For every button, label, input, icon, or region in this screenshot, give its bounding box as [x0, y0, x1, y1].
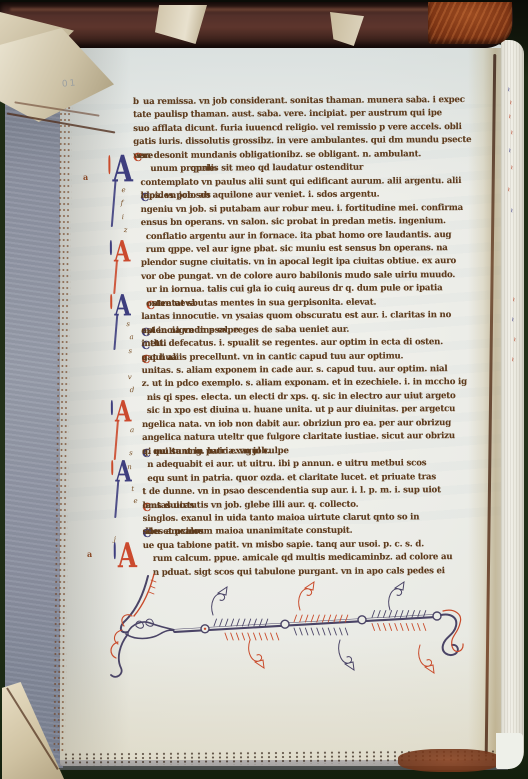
fore-edge-ink-fleck: ~ — [505, 87, 512, 92]
text-segment: vor obe pungat. vn de colore auro babilo… — [141, 270, 455, 282]
margin-letter: a — [83, 172, 88, 182]
initial-filigree — [114, 542, 116, 559]
text-segment: plendor sugne ciuitatis. vn in apocal le… — [141, 256, 456, 268]
text-segment: est in nigredine expe — [141, 325, 238, 336]
text-segment: sdes amcalos — [143, 527, 204, 537]
fore-edge-ink-fleck: ~ — [506, 114, 513, 119]
fore-edge-ink-fleck: ~ — [506, 148, 513, 153]
text-segment: singlos. exanul in uida tanto maioa uirt… — [143, 512, 420, 524]
initial-filigree — [110, 294, 112, 309]
text-segment: ontre ueva — [146, 298, 195, 308]
guide-letter: f — [121, 199, 124, 207]
margin-letter: a — [87, 549, 92, 559]
fore-edge-ink-fleck: ~ — [508, 165, 515, 170]
fore-edge-ink-fleck: ~ — [509, 357, 516, 362]
guide-letter: z — [124, 226, 128, 234]
guide-letter: t — [131, 485, 134, 493]
guide-letter: i — [122, 213, 124, 221]
text-segment: suo afflata dicunt. furia iuuencd religi… — [133, 122, 462, 134]
text-segment: ensus bn operans. vn salon. sic probat i… — [141, 216, 446, 228]
penwork-flourish — [88, 568, 488, 708]
text-segment: contemplato vn paulus alii sunt qui edif… — [140, 176, 461, 188]
text-segment: conflatio argentu aur in fornace. ita pb… — [146, 230, 452, 242]
guide-letter: v — [128, 373, 132, 381]
text-segment: i. thi. defecatus. i. spualit se regente… — [141, 337, 443, 349]
text-segment: z. ut in pdco exemplo. s. aliam exponam.… — [142, 377, 467, 389]
text-segment: ur in iornua. talis cui gla io cuiq aure… — [146, 283, 442, 295]
guide-letter: j — [114, 535, 116, 543]
text-segment: ngelica nata. vn iob non dabit aur. obri… — [142, 418, 451, 430]
fore-edge-ink-fleck: ~ — [509, 317, 516, 322]
text-segment: lantas innocutie. vn ysaias quom obscura… — [141, 310, 451, 322]
text-segment: unitas. s. aliam exponem in cade aur. s.… — [142, 364, 448, 376]
text-segment: sic in xpo est diuina u. huane unita. ut… — [147, 404, 455, 416]
illuminated-initial: A — [114, 291, 133, 315]
text-segment: oms duicas — [142, 500, 194, 510]
fore-edge-ink-fleck: ~ — [508, 130, 515, 135]
guide-letter: s — [129, 347, 133, 355]
text-segment: non desonit mundanis obligationibz. se o… — [133, 149, 421, 161]
text-segment: rum calcum. ppue. amicale qd multis medi… — [153, 552, 453, 564]
text-segment: lapides pciosos — [141, 191, 211, 201]
text-segment: metti — [141, 339, 166, 349]
fore-edge-ink-fleck: ~ — [505, 187, 512, 192]
guide-letter: n — [127, 463, 132, 471]
initial-filigree — [111, 400, 113, 415]
text-segment: ua remissa. vn job considerant. sonitas … — [143, 95, 465, 107]
guide-letter: a — [129, 333, 133, 341]
text-segment: nis qi spes. electa. un electi dr xps. q… — [147, 391, 456, 403]
text-segment: rum qppe. vel aur igne pbat. sic muniu e… — [146, 243, 448, 255]
text-segment: equ sunt in patria. quor ozda. et clarit… — [147, 472, 436, 484]
illuminated-initial: A — [118, 539, 140, 567]
text-segment: qualis sit meo qd laudatur ostenditur — [190, 163, 363, 174]
initial-filigree — [108, 155, 110, 174]
text-segment: angelica natura uteltr que fulgore clari… — [142, 431, 455, 443]
fore-edge-ink-fleck: ~ — [508, 208, 515, 213]
text-segment: n adequabit ei aur. ut uitru. ibi p annu… — [147, 458, 426, 470]
illuminated-initial: A — [112, 152, 135, 182]
illuminated-initial: A — [114, 237, 133, 261]
text-segment: vere — [133, 151, 153, 161]
guide-letter: e — [122, 186, 126, 194]
text-segment: gat hua — [142, 352, 177, 362]
text-segment: tate paulisp thaman. aust. saba. vere. i… — [133, 109, 442, 121]
initial-filigree — [111, 460, 113, 475]
manuscript-photo: 01 bua remissa. vn job considerant. soni… — [0, 0, 528, 779]
text-segment: b — [133, 97, 139, 107]
text-segment: t de dunne. vn in psao descendentia sup … — [142, 485, 440, 497]
guide-letter: s — [126, 320, 130, 328]
illuminated-initial: A — [115, 397, 134, 421]
text-segment: ngeniu vn job. si putabam aur robur meu.… — [141, 203, 463, 215]
text-segment: ue qua tabione patit. vn misbo sapie. ta… — [143, 539, 424, 551]
text-segment: a qui aliis precellunt. vn in cantic cap… — [142, 351, 404, 363]
fore-edge-ink-fleck: ~ — [510, 297, 517, 302]
guide-letter: e — [133, 497, 137, 505]
fore-edge-ink-fleck: ~ — [507, 100, 514, 105]
initial-filigree — [110, 240, 112, 255]
fore-edge-ink-fleck: ~ — [511, 337, 518, 342]
guide-letter: s — [129, 449, 133, 457]
guide-letter: a — [130, 426, 134, 434]
text-segment: qi multa ung. huic exagul culpe — [142, 446, 289, 457]
text-segment: gatis iuris. dissolutis grossibz. in ver… — [133, 135, 471, 147]
guide-letter: d — [130, 386, 135, 394]
